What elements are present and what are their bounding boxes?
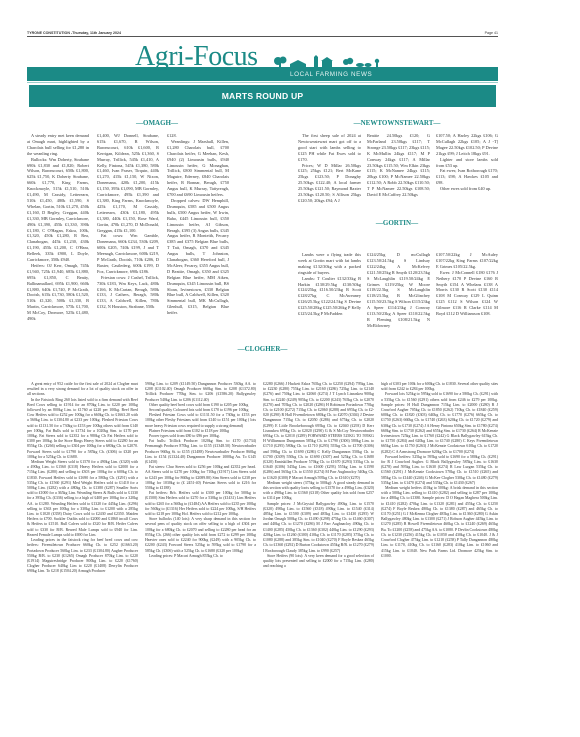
clogher-column-3: £2280 (£266) J Hackett Eskra 765kg Ch. t…	[263, 382, 374, 569]
paragraph: Heifers: OJ Kerr, Omagh, 745k £1,940, 72…	[27, 263, 89, 322]
paragraph: Weanlings: J Marshall, Killen, £1,280 Ch…	[167, 139, 229, 198]
paragraph: Fat steers: Char Steers sold to £256 per…	[145, 465, 256, 491]
paragraph: high of £303 per 100k for a 600kg Ch. to…	[381, 382, 498, 392]
paragraph: Store Heifers (90 lots): A very keen dem…	[263, 554, 374, 570]
paragraph: A great entry of 952 cattle for the firs…	[27, 382, 138, 398]
paragraph: £1,400, WJ Donnell, Strabane, 615k £1,67…	[97, 133, 159, 233]
paragraph: Medium Weight Steers sold to £1570 for a…	[27, 460, 138, 538]
paragraph: Medium weight heifers 410kg to 500kg: A …	[381, 486, 498, 559]
paragraph: Prices; W D Millar 26.50kgs £125; 25kgs …	[298, 163, 361, 204]
newtownstewart-column-2: Beattie 24.50kgs £120; G McFarland 23.50…	[367, 133, 430, 198]
paragraph: Fat ewes; Ivan Rothorough £170; £113; £9…	[436, 168, 498, 186]
paragraph: Sample prices: J McGrystal Ballygawley 4…	[263, 502, 374, 554]
paragraph: Store bullocks (140 lots): A very sharp …	[145, 517, 256, 553]
paragraph: 590kg Lim. to £209 (£1149.50) Dungannon …	[145, 382, 256, 403]
publication-line: TYRONE CONSTITUTION -Thursday, 11th Janu…	[27, 31, 121, 35]
paragraph: Fleshed Friesian Cows sold to £1131.50 f…	[145, 413, 256, 429]
gortin-column-1: Lambs were a flying trade this week at G…	[298, 252, 361, 317]
omagh-column-2: £1,400, WJ Donnell, Strabane, 615k £1,67…	[97, 133, 159, 310]
masthead-rule	[27, 82, 498, 83]
clogher-column-2: 590kg Lim. to £209 (£1149.50) Dungannon …	[145, 382, 256, 559]
paragraph: £107.50/22kg J McAuley £107/22kg King Fa…	[436, 252, 498, 270]
paragraph: Friesian cows: J Cashel, Trillick, 730k …	[97, 275, 159, 310]
clogher-heading: —CLOGHER—	[27, 345, 498, 353]
paragraph: Fat bulls: Trillick Producer 1020kg Sim.…	[145, 439, 256, 465]
gortin-heading: —GORTIN—	[297, 219, 497, 227]
paragraph: Medium weight steers (375kg to 500kg): A…	[263, 481, 374, 502]
paragraph: £2280 (£266) J Hackett Eskra 765kg Ch. t…	[263, 382, 374, 481]
paragraph: A steady entry met keen demand at Omagh …	[27, 133, 89, 157]
gortin-column-3: £107.50/22kg J McAuley £107/22kg King Fa…	[436, 252, 498, 317]
paragraph: Fat heifers: Brb. Heifers sold to £300 p…	[145, 491, 256, 517]
paragraph: Forward heifers: 525kg to 595kg sold to …	[381, 455, 498, 486]
paragraph: The first sheep sale of 2024 at Newtowns…	[298, 133, 361, 163]
paragraph: Lighter and store lambs sold from £53 up…	[436, 157, 498, 169]
paragraph: Dropped calves: DW Hemphill, Drumquin, £…	[167, 198, 229, 316]
masthead-subtitle: LOCAL FARMING NEWS	[290, 71, 372, 78]
header-rule	[27, 36, 498, 37]
paragraph: Leading prices in the fatstock ring for …	[27, 538, 138, 574]
paragraph: Forward lots 525kg to 595kg sold to £169…	[381, 392, 498, 454]
paragraph: Lambs were a flying trade this week at G…	[298, 252, 361, 276]
paragraph: Bullocks: Wm Doherty, Strabane 690k £1,8…	[27, 157, 89, 263]
paragraph: Ewes: J McConnell £180 £176 J Nethery £1…	[436, 270, 498, 317]
clogher-column-4: high of £303 per 100k for a 600kg Ch. to…	[381, 382, 498, 559]
masthead-band	[27, 67, 498, 81]
paragraph: £107.50; A Harley 22kgs £106; G McCullag…	[436, 133, 498, 157]
omagh-heading: —OMAGH—	[27, 119, 287, 127]
section-banner: MARTS ROUND UP	[29, 85, 496, 107]
gortin-column-2: £124/25kg D mcCullagh £123.50/24.5kg S L…	[367, 252, 430, 329]
newtownstewart-heading: —NEWTOWNSTEWART—	[297, 119, 497, 127]
clogher-column-1: A great entry of 952 cattle for the firs…	[27, 382, 138, 575]
page-number: Page 41	[485, 31, 498, 35]
paragraph: Leading prices: P Macari Armagh 855kg Ch…	[145, 554, 256, 559]
paragraph: Lambs: T Coulter £132/33kg B Harkin £130…	[298, 276, 361, 317]
paragraph: Beattie 24.50kgs £120; G McFarland 23.50…	[367, 133, 430, 198]
omagh-column-3: £128. Weanlings: J Marshall, Killen, £1,…	[167, 133, 229, 316]
paragraph: £124/25kg D mcCullagh £123.50/24.5kg S L…	[367, 252, 430, 329]
paragraph: Other ewes sold from £40 up.	[436, 186, 498, 192]
paragraph: In the Fatstock Ring 260 lots listed sol…	[27, 398, 138, 460]
newtownstewart-column-3: £107.50; A Harley 22kgs £106; G McCullag…	[436, 133, 498, 192]
omagh-column-1: A steady entry met keen demand at Omagh …	[27, 133, 89, 322]
paragraph: Fat cows: Wm Gamble, Donemana, 660k £234…	[97, 233, 159, 274]
masthead-title: Agri-Focus	[135, 43, 258, 71]
farm-skyline-icon	[270, 55, 390, 69]
newtownstewart-column-1: The first sheep sale of 2024 at Newtowns…	[298, 133, 361, 204]
